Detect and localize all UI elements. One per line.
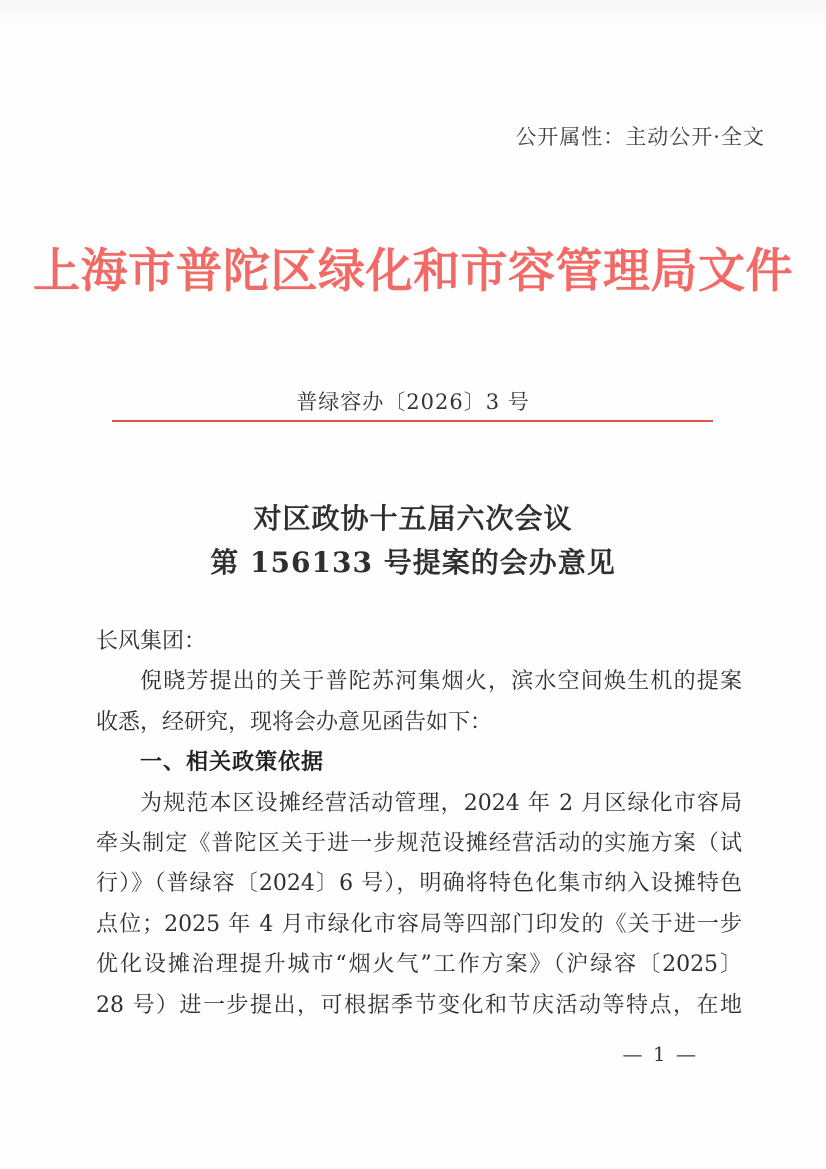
body-line: 牵头制定《普陀区关于进一步规范设摊经营活动的实施方案（试 xyxy=(96,824,742,864)
body-line: 优化设摊治理提升城市“烟火气”工作方案》（沪绿容〔2025〕 xyxy=(96,945,742,985)
document-title: 对区政协十五届六次会议 第 156133 号提案的会办意见 xyxy=(0,497,826,585)
document-page: 公开属性：主动公开·全文 上海市普陀区绿化和市容管理局文件 普绿容办〔2026〕… xyxy=(0,0,826,1169)
document-body: 长风集团： 倪晓芳提出的关于普陀苏河集烟火，滨水空间焕生机的提案 收悉，经研究，… xyxy=(96,622,742,1026)
body-line: 倪晓芳提出的关于普陀苏河集烟火，滨水空间焕生机的提案 xyxy=(96,662,742,702)
document-title-line-1: 对区政协十五届六次会议 xyxy=(0,497,826,541)
publicity-attribute-label: 公开属性：主动公开·全文 xyxy=(515,121,765,151)
body-line: 收悉，经研究，现将会办意见函告如下： xyxy=(96,703,742,743)
section-heading: 一、相关政策依据 xyxy=(96,743,742,783)
body-line: 为规范本区设摊经营活动管理，2024 年 2 月区绿化市容局 xyxy=(96,784,742,824)
page-number: — 1 — xyxy=(623,1042,698,1066)
red-divider-rule xyxy=(112,420,713,422)
body-line: 点位；2025 年 4 月市绿化市容局等四部门印发的《关于进一步 xyxy=(96,905,742,945)
scan-artifact xyxy=(0,0,826,34)
salutation-line: 长风集团： xyxy=(96,622,742,662)
document-number: 普绿容办〔2026〕3 号 xyxy=(0,386,826,416)
body-line: 行）》（普绿容〔2024〕6 号），明确将特色化集市纳入设摊特色 xyxy=(96,864,742,904)
body-line: 28 号）进一步提出，可根据季节变化和节庆活动等特点，在地 xyxy=(96,986,742,1026)
document-title-line-2: 第 156133 号提案的会办意见 xyxy=(0,541,826,585)
agency-letterhead-title: 上海市普陀区绿化和市容管理局文件 xyxy=(0,234,826,301)
